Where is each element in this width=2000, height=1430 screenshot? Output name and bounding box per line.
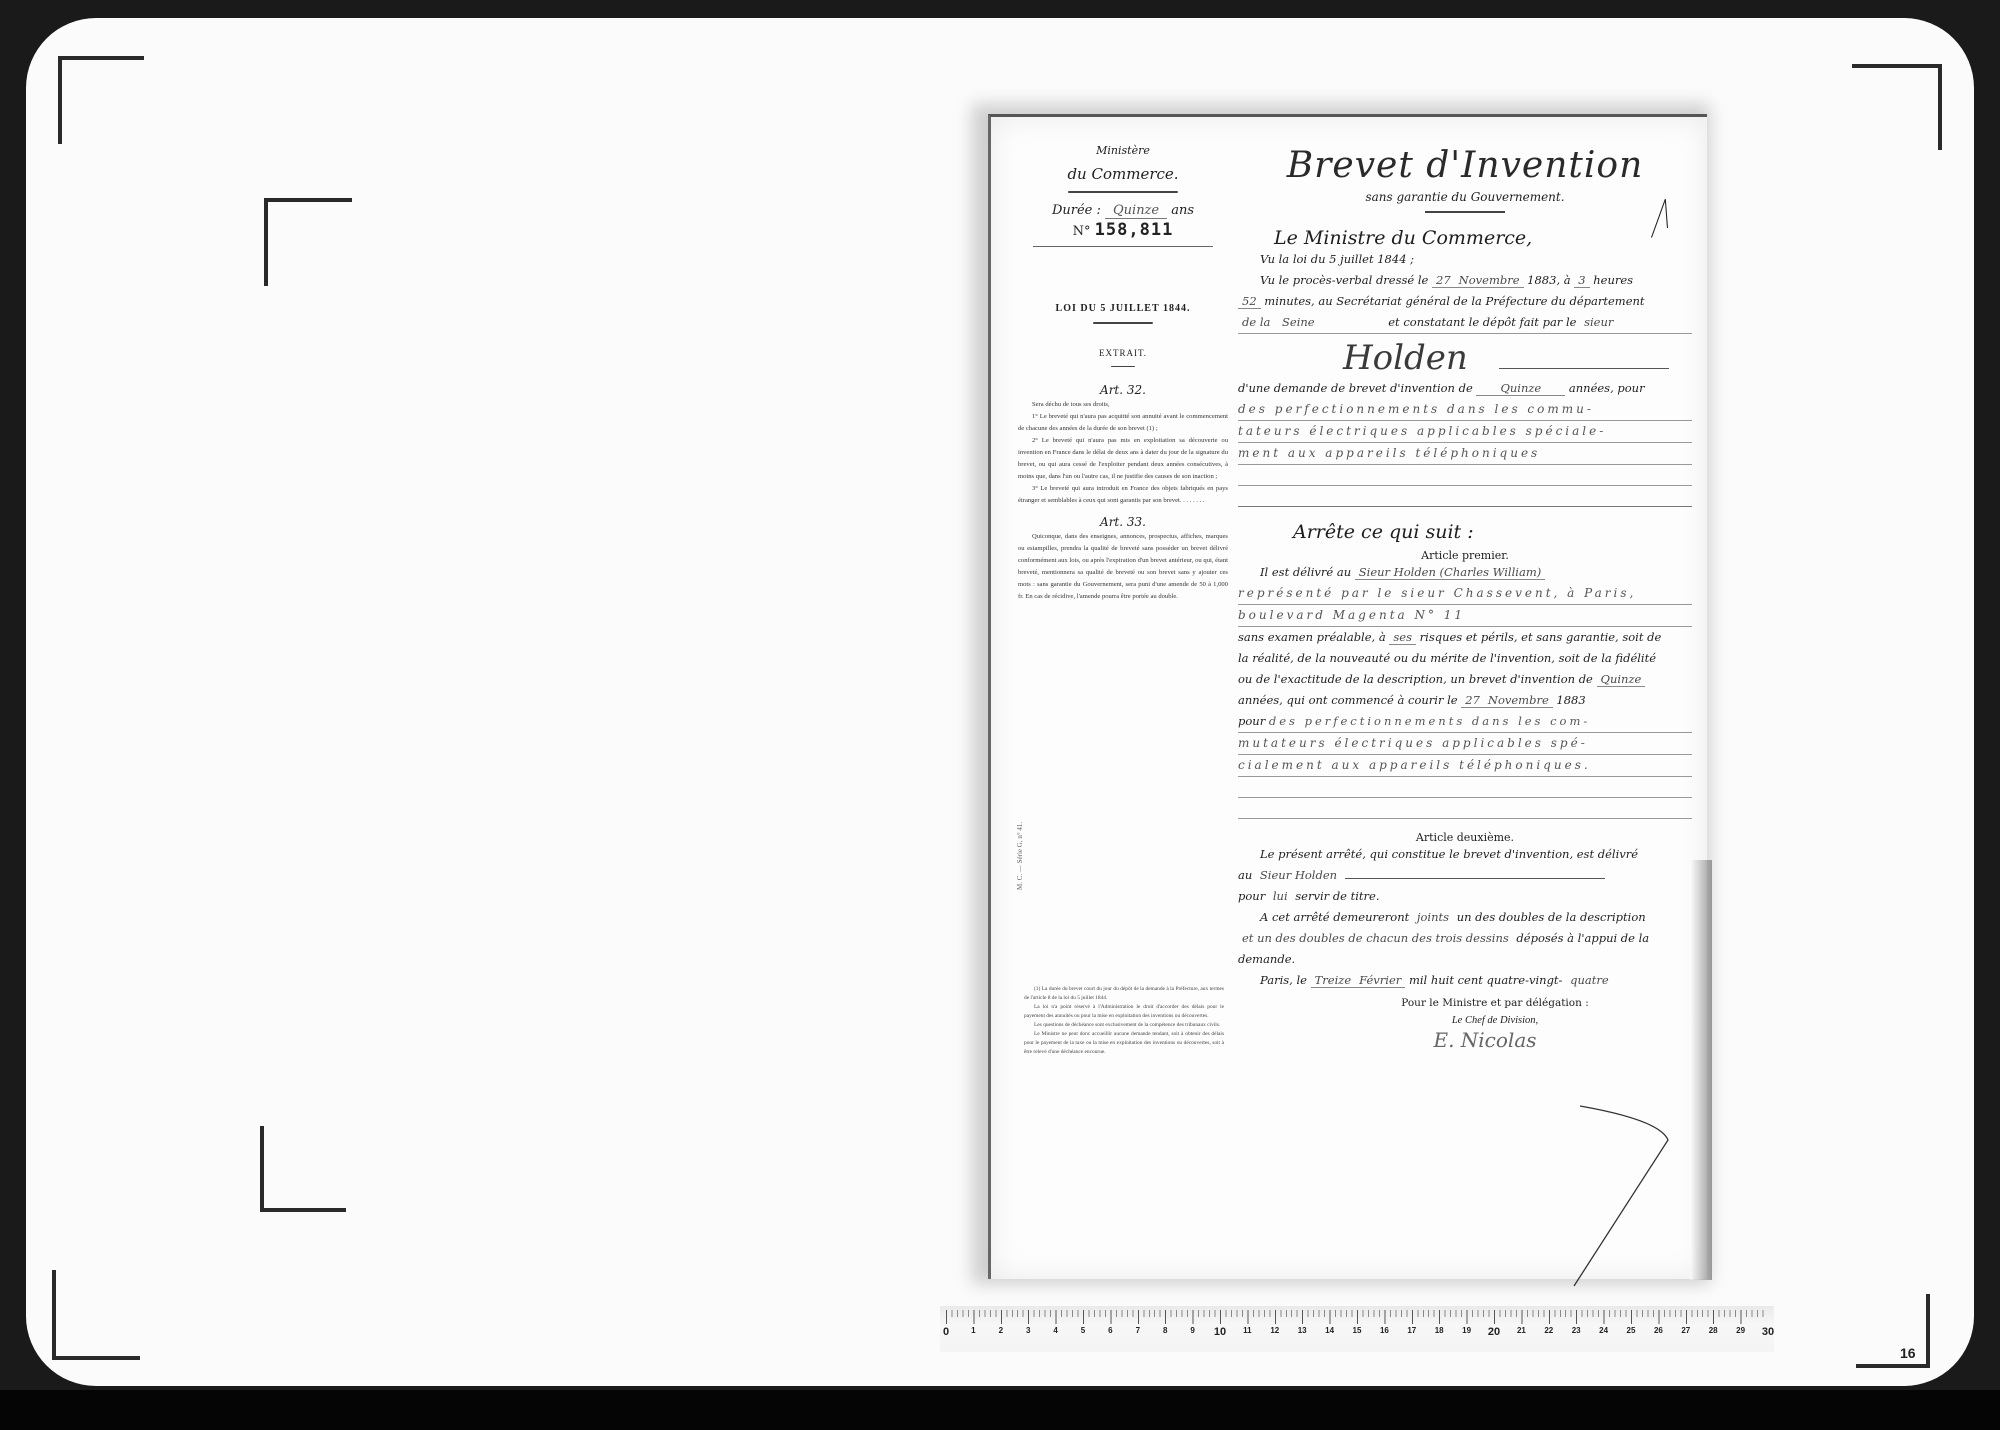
ruler-label: 14: [1325, 1326, 1334, 1335]
crop-mark-outer-bottom-right: [1856, 1294, 1930, 1368]
patent-number-line: N° 158,811: [1018, 220, 1228, 240]
ruler-label: 3: [1026, 1326, 1030, 1335]
signature-flourish-icon: [1560, 1100, 1680, 1290]
body-text: A cet arrêté demeureront: [1260, 910, 1409, 924]
applicant-name-text: Holden: [1343, 338, 1468, 378]
blank-line: [1238, 798, 1692, 819]
year-text: mil huit cent quatre-vingt-: [1409, 973, 1563, 987]
ruler-label: 24: [1599, 1326, 1608, 1335]
article1-object-line: des perfectionnements dans les com-: [1269, 714, 1590, 728]
ruler-labels: 0123456789101112131415161718192021222324…: [940, 1326, 1774, 1346]
crop-mark-outer-bottom-left: [52, 1270, 140, 1360]
signature: E. Nicolas: [1238, 1028, 1692, 1052]
holder-name: Sieur Holden: [1256, 868, 1341, 882]
ornament-divider: [1093, 322, 1153, 324]
ruler-label: 4: [1053, 1326, 1057, 1335]
ruler-label: 1: [971, 1326, 975, 1335]
ruler-label: 29: [1736, 1326, 1745, 1335]
chef-de-division: Le Chef de Division,: [1238, 1015, 1692, 1026]
joint-hand: joints: [1413, 910, 1453, 924]
ruler-label: 27: [1681, 1326, 1690, 1335]
ruler-label: 6: [1108, 1326, 1112, 1335]
footnote: Les questions de déchéance sont exclusiv…: [1024, 1021, 1224, 1030]
ruler-label: 28: [1709, 1326, 1718, 1335]
article1-object-line: mutateurs électriques applicables spé-: [1238, 733, 1692, 755]
article1-body-print: sans examen préalable, à ses risques et …: [1238, 627, 1692, 733]
article1-body: Il est délivré au Sieur Holden (Charles …: [1238, 562, 1692, 583]
ruler-label: 5: [1081, 1326, 1085, 1335]
start-year: 1883: [1556, 693, 1585, 707]
pv-hour-label: heures: [1593, 273, 1633, 287]
series-code: M. C. — Série G, n° 41.: [1016, 822, 1024, 890]
start-day: 27: [1461, 693, 1484, 708]
body-text: déposés à l'appui de la: [1516, 931, 1649, 945]
art33-paragraph: Quiconque, dans des enseignes, annonces,…: [1018, 531, 1228, 603]
body-text: risques et périls, et sans garantie, soi…: [1420, 630, 1662, 644]
start-month: Novembre: [1484, 693, 1553, 708]
numero-prefix: N°: [1073, 224, 1091, 239]
small-divider: [1111, 366, 1135, 367]
article2-body: Le présent arrêté, qui constitue le brev…: [1238, 844, 1692, 991]
article2-title: Article deuxième.: [1238, 831, 1692, 844]
beneficiary: Sieur Holden (Charles William): [1355, 565, 1545, 580]
footnote: La loi n'a point réservé à l'Administrat…: [1024, 1003, 1224, 1021]
duree-label: Durée :: [1052, 203, 1101, 218]
pv-minutes-text: minutes, au Secrétariat général de la Pr…: [1264, 294, 1644, 308]
art33-heading: Art. 33.: [1018, 515, 1228, 529]
ruler-label: 15: [1353, 1326, 1362, 1335]
pv-hour: 3: [1574, 273, 1589, 288]
signing-month: Février: [1355, 973, 1405, 988]
patent-number: 158,811: [1095, 220, 1174, 240]
article1-duration: Quinze: [1597, 672, 1646, 687]
extrait-label: EXTRAIT.: [1018, 348, 1228, 358]
document-title: Brevet d'Invention: [1238, 145, 1692, 186]
ruler-label: 8: [1163, 1326, 1167, 1335]
vu-loi: Vu la loi du 5 juillet 1844 ;: [1260, 252, 1414, 266]
body-text: servir de titre.: [1295, 889, 1379, 903]
ruler-label: 26: [1654, 1326, 1663, 1335]
minister-heading: Le Ministre du Commerce,: [1238, 227, 1692, 249]
ruler-label: 12: [1270, 1326, 1279, 1335]
annex-hand: et un des doubles de chacun des trois de…: [1238, 931, 1513, 945]
crop-mark-inner-bottom-left: [260, 1126, 346, 1212]
fill-line: [1499, 368, 1669, 369]
demande-prefix: d'une demande de brevet d'invention de: [1238, 381, 1473, 395]
body-text: sans examen préalable, à: [1238, 630, 1386, 644]
representative-line: représenté par le sieur Chassevent, à Pa…: [1238, 583, 1692, 605]
sieur-label: sieur: [1580, 315, 1617, 329]
ruler-label: 25: [1627, 1326, 1636, 1335]
ruler-label: 2: [999, 1326, 1003, 1335]
depot-text: et constatant le dépôt fait par le: [1388, 315, 1576, 329]
pv-date-month: Novembre: [1455, 273, 1524, 288]
ruler-label: 23: [1572, 1326, 1581, 1335]
page-edge-shadow: [1690, 860, 1712, 1280]
pv-time-prefix: , à: [1556, 273, 1570, 287]
footnote: Le Ministre ne peut donc accueillir aucu…: [1024, 1030, 1224, 1057]
pv-prefix: Vu le procès-verbal dressé le: [1260, 273, 1428, 287]
art32-paragraph: 1° Le breveté qui n'aura pas acquitté so…: [1018, 411, 1228, 435]
demande-suffix: années, pour: [1569, 381, 1645, 395]
ruler-label: 11: [1243, 1326, 1251, 1335]
ruler-label: 7: [1136, 1326, 1140, 1335]
blank-line: [1238, 777, 1692, 798]
pour-ministre: Pour le Ministre et par délégation :: [1238, 997, 1692, 1009]
commerce-label: du Commerce.: [1018, 165, 1228, 183]
left-column: Ministère du Commerce. Durée : Quinze an…: [1018, 140, 1228, 603]
ruler-label: 17: [1407, 1326, 1416, 1335]
demande-object-line: ment aux appareils téléphoniques: [1238, 443, 1692, 465]
duree-value: Quinze: [1105, 203, 1167, 219]
ruler-label: 0: [943, 1326, 949, 1338]
body-text: pour: [1238, 889, 1265, 903]
signature-block: Pour le Ministre et par délégation : Le …: [1238, 997, 1692, 1052]
section-divider: [1238, 486, 1692, 507]
body-text: Le présent arrêté, qui constitue le brev…: [1260, 847, 1638, 861]
crop-mark-outer-top-right: [1852, 64, 1942, 150]
ruler-label: 19: [1462, 1326, 1471, 1335]
document-subtitle: sans garantie du Gouvernement.: [1238, 190, 1692, 204]
pv-minutes: 52: [1238, 294, 1261, 309]
ruler-label: 13: [1298, 1326, 1307, 1335]
blank-line: [1238, 465, 1692, 486]
art32-heading: Art. 32.: [1018, 383, 1228, 397]
demande-object-line: des perfectionnements dans les commu-: [1238, 399, 1692, 421]
ruler-label: 9: [1190, 1326, 1194, 1335]
art32-paragraph: 2° Le breveté qui n'aura pas mis en expl…: [1018, 435, 1228, 483]
demande-block: d'une demande de brevet d'invention de Q…: [1238, 378, 1692, 399]
au-label: au: [1238, 868, 1252, 882]
applicant-name: Holden: [1238, 338, 1692, 378]
ornament-divider: [1068, 191, 1178, 193]
article1-object-line: cialement aux appareils téléphoniques.: [1238, 755, 1692, 777]
art32-paragraph: 3° Le breveté qui aura introduit en Fran…: [1018, 483, 1228, 507]
pv-year: 1883: [1527, 273, 1556, 287]
scale-ruler: 0123456789101112131415161718192021222324…: [940, 1306, 1774, 1352]
crop-mark-outer-top-left: [58, 56, 144, 144]
address-line: boulevard Magenta N° 11: [1238, 605, 1692, 627]
crop-mark-inner-top-left: [264, 198, 352, 286]
ruler-label: 10: [1214, 1326, 1226, 1338]
ruler-label: 21: [1517, 1326, 1526, 1335]
arrete-heading: Arrête ce qui suit :: [1238, 521, 1692, 543]
ruler-label: 16: [1380, 1326, 1389, 1335]
pour-label: pour: [1238, 714, 1265, 728]
duree-line: Durée : Quinze ans: [1018, 203, 1228, 218]
ruler-label: 30: [1762, 1326, 1774, 1338]
body-text: années, qui ont commencé à courir le: [1238, 693, 1458, 707]
ruler-label: 18: [1435, 1326, 1444, 1335]
departement-prefix: de la: [1238, 315, 1274, 329]
signing-day: Treize: [1311, 973, 1356, 988]
footnote: (1) La durée du brevet court du jour du …: [1024, 985, 1224, 1003]
divider: [1033, 246, 1213, 247]
departement: Seine: [1278, 315, 1385, 329]
art32-text: Sera déchu de tous ses droits, 1° Le bre…: [1018, 399, 1228, 507]
body-text: ou de l'exactitude de la description, un…: [1238, 672, 1593, 686]
paris-prefix: Paris, le: [1260, 973, 1307, 987]
duree-unit: ans: [1171, 203, 1194, 218]
art33-text: Quiconque, dans des enseignes, annonces,…: [1018, 531, 1228, 603]
footnotes: (1) La durée du brevet court du jour du …: [1024, 985, 1224, 1057]
ministere-label: Ministère: [1018, 144, 1228, 157]
delivre-prefix: Il est délivré au: [1260, 565, 1351, 579]
ornament-divider: [1425, 211, 1505, 213]
article1-title: Article premier.: [1238, 549, 1692, 562]
loi-title: LOI DU 5 JUILLET 1844.: [1018, 303, 1228, 314]
preamble: Vu la loi du 5 juillet 1844 ; Vu le proc…: [1238, 249, 1692, 334]
lui-hand: lui: [1269, 889, 1292, 903]
risk-owner: ses: [1389, 630, 1416, 645]
body-text: la réalité, de la nouveauté ou du mérite…: [1238, 648, 1692, 669]
scan-bottom-border: [0, 1390, 2000, 1430]
pv-date-day: 27: [1432, 273, 1455, 288]
art32-paragraph: Sera déchu de tous ses droits,: [1018, 399, 1228, 411]
sheet-number: 16: [1900, 1345, 1916, 1361]
year-hand: quatre: [1566, 973, 1613, 987]
body-text: un des doubles de la description: [1457, 910, 1646, 924]
ruler-label: 20: [1488, 1326, 1500, 1338]
ruler-label: 22: [1544, 1326, 1553, 1335]
demande-duration: Quinze: [1476, 381, 1565, 396]
ruler-ticks: [946, 1310, 1768, 1324]
demande-object-line: tateurs électriques applicables spéciale…: [1238, 421, 1692, 443]
demande-word: demande.: [1238, 949, 1692, 970]
right-column: Brevet d'Invention sans garantie du Gouv…: [1238, 145, 1692, 1052]
fill-line: [1345, 878, 1605, 879]
